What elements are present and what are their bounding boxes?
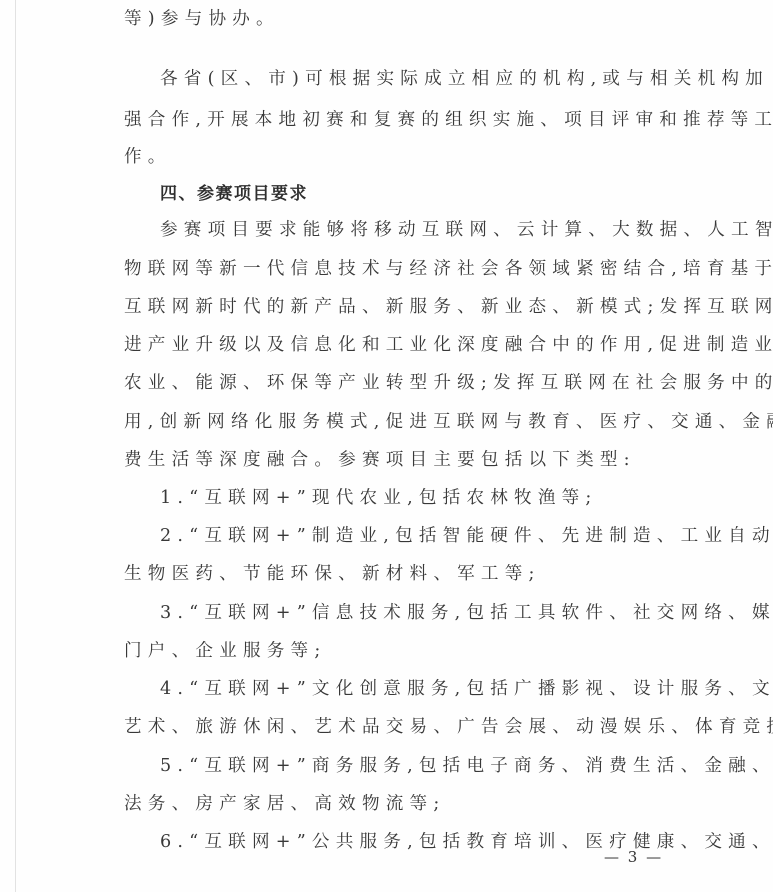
page-number: — 3 — bbox=[604, 848, 663, 866]
text-line: 强合作,开展本地初赛和复赛的组织实施、项目评审和推荐等工 bbox=[124, 108, 773, 132]
list-item: 3.“互联网+”信息技术服务,包括工具软件、社交网络、媒体 bbox=[160, 601, 773, 625]
section-heading: 四、参赛项目要求 bbox=[160, 182, 308, 206]
text-line: 互联网新时代的新产品、新服务、新业态、新模式;发挥互联网在促 bbox=[124, 295, 773, 319]
text-line: 费生活等深度融合。参赛项目主要包括以下类型: bbox=[124, 448, 636, 472]
list-item: 6.“互联网+”公共服务,包括教育培训、医疗健康、交通、人力 bbox=[160, 830, 773, 854]
document-page: 等)参与协办。 各省(区、市)可根据实际成立相应的机构,或与相关机构加 强合作,… bbox=[0, 0, 773, 892]
paragraph-line: 各省(区、市)可根据实际成立相应的机构,或与相关机构加 bbox=[160, 67, 769, 91]
text-line: 等)参与协办。 bbox=[124, 7, 280, 31]
text-line: 农业、能源、环保等产业转型升级;发挥互联网在社会服务中的作 bbox=[124, 371, 773, 395]
list-item: 5.“互联网+”商务服务,包括电子商务、消费生活、金融、财经 bbox=[160, 754, 773, 778]
text-line: 生物医药、节能环保、新材料、军工等; bbox=[124, 562, 541, 586]
list-item: 2.“互联网+”制造业,包括智能硬件、先进制造、工业自动化、 bbox=[160, 524, 773, 548]
text-line: 用,创新网络化服务模式,促进互联网与教育、医疗、交通、金融、消 bbox=[124, 410, 773, 434]
text-line: 艺术、旅游休闲、艺术品交易、广告会展、动漫娱乐、体育竞技等; bbox=[124, 715, 773, 739]
list-item: 1.“互联网+”现代农业,包括农林牧渔等; bbox=[160, 486, 598, 510]
page-binding-line bbox=[15, 0, 16, 892]
text-line: 进产业升级以及信息化和工业化深度融合中的作用,促进制造业、 bbox=[124, 333, 773, 357]
text-line: 作。 bbox=[124, 145, 172, 169]
text-line: 门户、企业服务等; bbox=[124, 639, 326, 663]
text-line: 法务、房产家居、高效物流等; bbox=[124, 792, 445, 816]
paragraph-line: 参赛项目要求能够将移动互联网、云计算、大数据、人工智能、 bbox=[160, 218, 773, 242]
list-item: 4.“互联网+”文化创意服务,包括广播影视、设计服务、文化 bbox=[160, 677, 773, 701]
text-line: 物联网等新一代信息技术与经济社会各领域紧密结合,培育基于 bbox=[124, 257, 773, 281]
